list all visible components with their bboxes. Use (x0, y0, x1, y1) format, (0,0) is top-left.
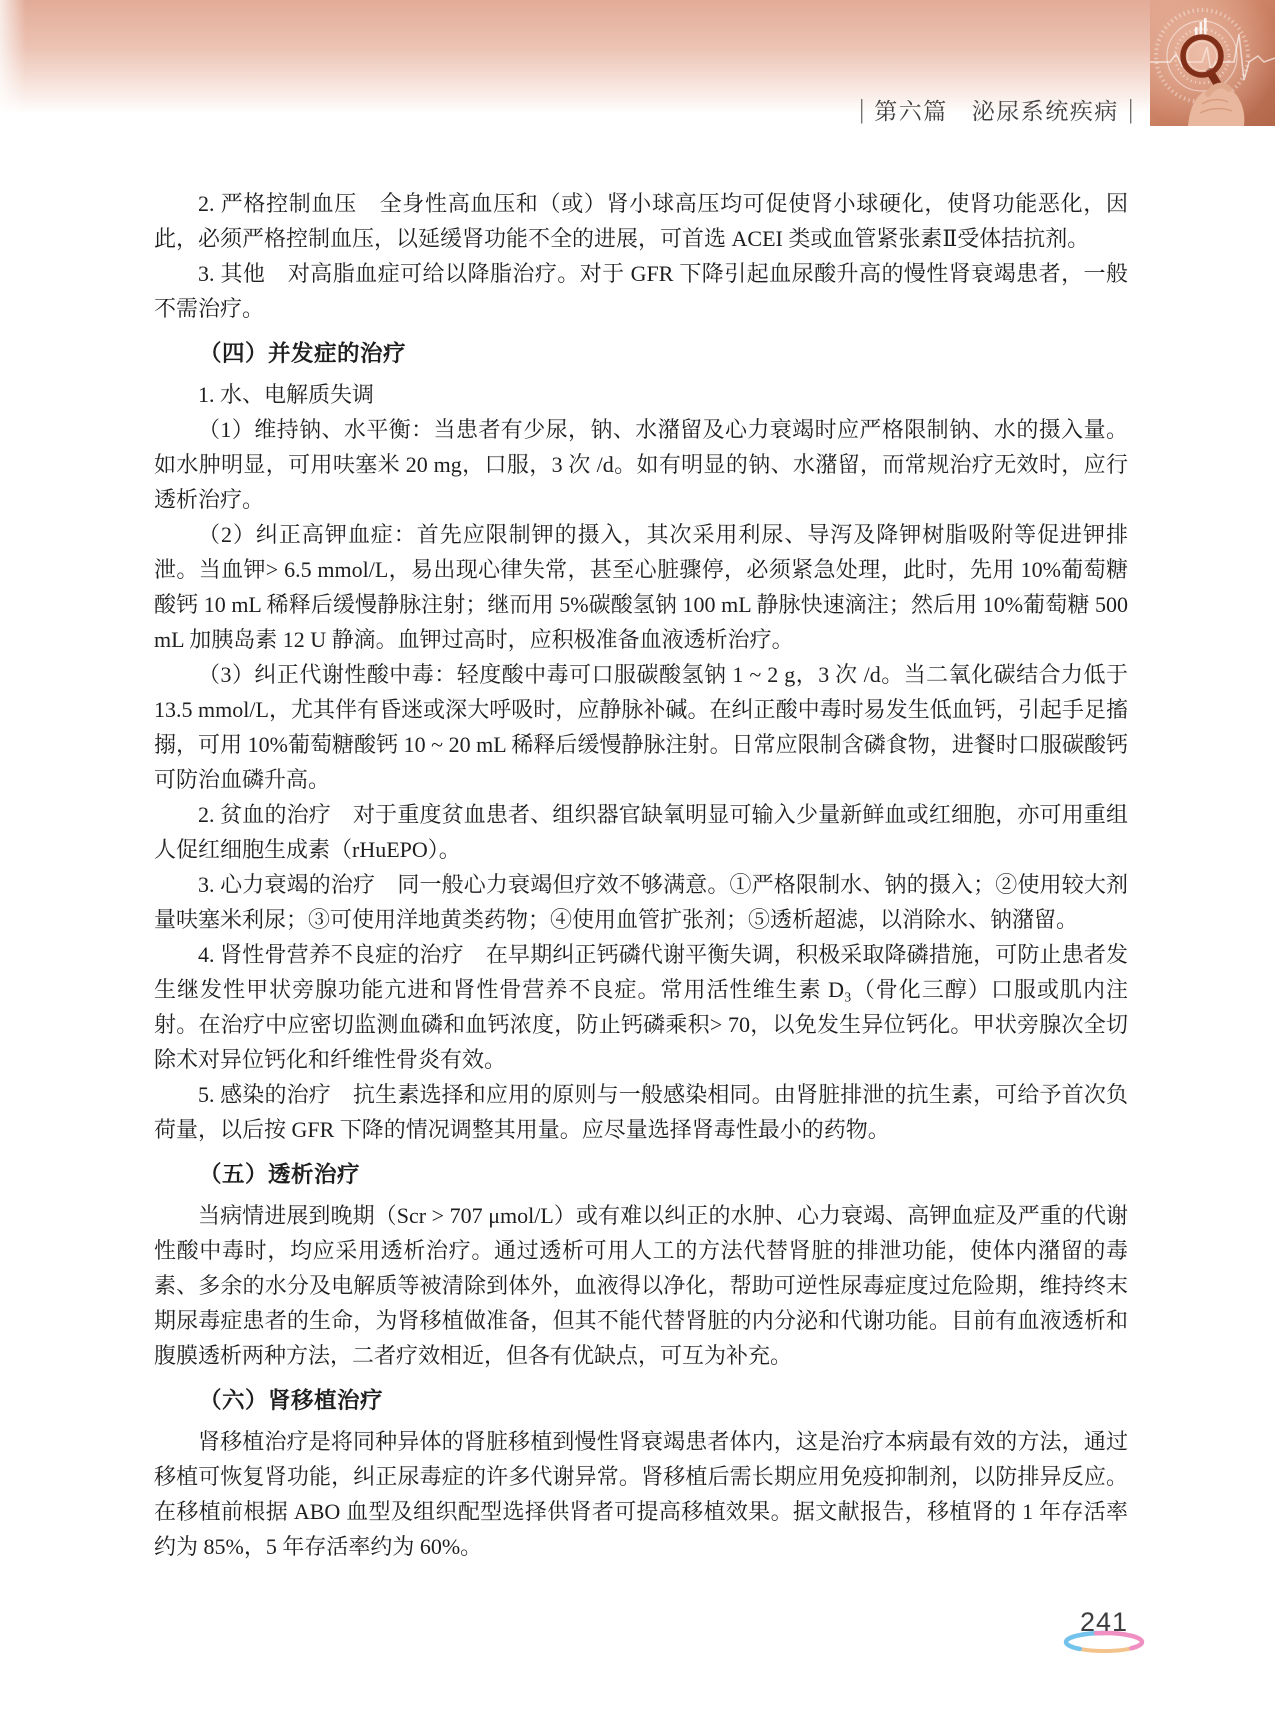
paragraph-metabolic-acidosis: （3）纠正代谢性酸中毒：轻度酸中毒可口服碳酸氢钠 1 ~ 2 g，3 次 /d。… (154, 657, 1128, 797)
paragraph-anemia-treatment: 2. 贫血的治疗 对于重度贫血患者、组织器官缺氧明显可输入少量新鲜血或红细胞，亦… (154, 797, 1128, 867)
medical-magnifier-photo (1150, 0, 1275, 126)
magnifier-photo-icon (1150, 0, 1275, 126)
page-number-block: 241 (1056, 1608, 1152, 1656)
item-water-electrolyte: 1. 水、电解质失调 (154, 377, 1128, 412)
header-section-label: 第六篇 (874, 93, 948, 126)
paragraph-hyperkalemia: （2）纠正高钾血症：首先应限制钾的摄入，其次采用利尿、导泻及降钾树脂吸附等促进钾… (154, 517, 1128, 657)
page-content: 2. 严格控制血压 全身性高血压和（或）肾小球高压均可促使肾小球硬化，使肾功能恶… (154, 186, 1128, 1564)
heading-kidney-transplant: （六）肾移植治疗 (154, 1383, 1128, 1418)
paragraph-renal-osteodystrophy: 4. 肾性骨营养不良症的治疗 在早期纠正钙磷代谢平衡失调，积极采取降磷措施，可防… (154, 937, 1128, 1077)
header-separator-right: | (1129, 94, 1134, 125)
paragraph-other-treatment: 3. 其他 对高脂血症可给以降脂治疗。对于 GFR 下降引起血尿酸升高的慢性肾衰… (154, 256, 1128, 326)
paragraph-infection-treatment: 5. 感染的治疗 抗生素选择和应用的原则与一般感染相同。由肾脏排泄的抗生素，可给… (154, 1077, 1128, 1147)
paragraph-dialysis-detail: 当病情进展到晚期（Scr > 707 μmol/L）或有难以纠正的水肿、心力衰竭… (154, 1198, 1128, 1373)
paragraph-sodium-water-balance: （1）维持钠、水平衡：当患者有少尿，钠、水潴留及心力衰竭时应严格限制钠、水的摄入… (154, 412, 1128, 517)
heading-complication-treatment: （四）并发症的治疗 (154, 336, 1128, 371)
page-header-band: | 第六篇 泌尿系统疾病 | (0, 0, 1275, 114)
paragraph-blood-pressure-control: 2. 严格控制血压 全身性高血压和（或）肾小球高压均可促使肾小球硬化，使肾功能恶… (154, 186, 1128, 256)
running-head: | 第六篇 泌尿系统疾病 | (858, 94, 1135, 124)
header-section-title: 泌尿系统疾病 (972, 93, 1119, 126)
header-separator-left: | (860, 94, 865, 125)
paragraph-transplant-detail: 肾移植治疗是将同种异体的肾脏移植到慢性肾衰竭患者体内，这是治疗本病最有效的方法，… (154, 1424, 1128, 1564)
heading-dialysis-treatment: （五）透析治疗 (154, 1157, 1128, 1192)
magnifier-ring (1183, 37, 1221, 75)
page-number: 241 (1056, 1608, 1152, 1636)
book-page: | 第六篇 泌尿系统疾病 | (0, 0, 1275, 1718)
paragraph-heart-failure-treatment: 3. 心力衰竭的治疗 同一般心力衰竭但疗效不够满意。①严格限制水、钠的摄入；②使… (154, 867, 1128, 937)
